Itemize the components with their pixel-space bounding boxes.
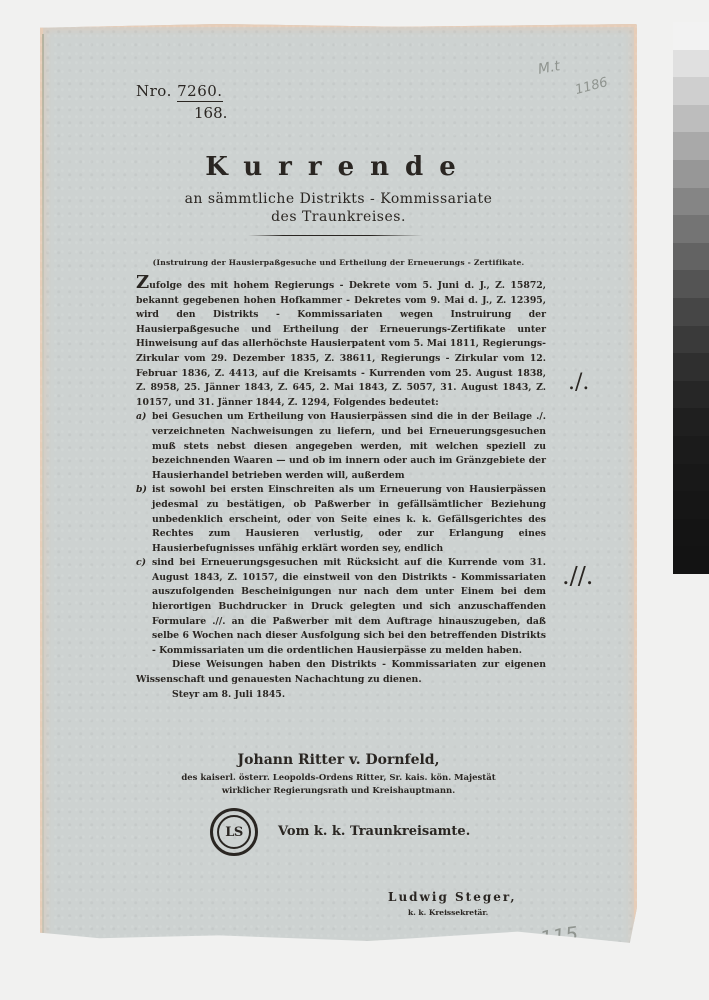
gray-patch [673,353,709,381]
gray-patch [673,50,709,78]
gray-patch [673,491,709,519]
gray-patch [673,519,709,547]
document-sub-number: 168. [194,104,227,122]
gray-patch [673,381,709,409]
list-item-a: a) bei Gesuchen um Ertheilung von Hausie… [136,410,546,483]
place-date: Steyr am 8. Juli 1845. [136,688,546,703]
document-title: Kurrende [40,152,637,182]
pencil-note-top-number: 1186 [574,75,610,98]
margin-mark-c: .//. [562,562,593,590]
pencil-note-bottom: 115 [539,921,580,950]
gray-patch [673,408,709,436]
list-item-b: b) ist sowohl bei ersten Einschreiten al… [136,483,546,556]
gray-patch [673,77,709,105]
gray-patch [673,436,709,464]
gray-patch [673,188,709,216]
seal-text: LS [217,815,251,849]
signatory-title-line-1: des kaiserl. österr. Leopolds-Ordens Rit… [40,772,637,785]
margin-mark-a: ./. [568,370,589,395]
document-sheet: M.t 1186 Nro. 7260. 168. Kurrende an säm… [40,24,637,954]
item-text: bei Gesuchen um Ertheilung von Hausierpä… [152,410,546,483]
signatory-name: Johann Ritter v. Dornfeld, [40,752,637,768]
title-divider [248,235,423,236]
gray-patch [673,243,709,271]
number-label: Nro. [136,82,172,100]
signatory-title-line-2: wirklicher Regierungsrath und Kreishaupt… [40,785,637,798]
gray-patch [673,22,709,50]
closing-paragraph: Diese Weisungen haben den Distrikts - Ko… [136,658,546,687]
gray-patch [673,160,709,188]
grayscale-calibration-strip [673,22,709,574]
gray-patch [673,326,709,354]
document-body: Zufolge des mit hohem Regierungs - Dekre… [136,276,546,702]
seal-icon: LS [210,808,258,856]
gray-patch [673,132,709,160]
issuing-office: Vom k. k. Traunkreisamte. [278,824,470,839]
document-subtitle: an sämmtliche Distrikts - Kommissariate … [40,190,637,226]
item-label: a) [136,410,152,483]
pencil-note-top: M.t [537,58,561,78]
secretary-name: Ludwig Steger, [388,890,517,904]
item-label: c) [136,556,152,658]
document-number: Nro. 7260. [136,82,223,102]
gray-patch [673,298,709,326]
gray-patch [673,546,709,574]
gray-patch [673,215,709,243]
signatory-title: des kaiserl. österr. Leopolds-Ordens Rit… [40,772,637,798]
secretary-title: k. k. Kreissekretär. [408,908,488,917]
gray-patch [673,270,709,298]
subtitle-line-2: des Traunkreises. [40,208,637,226]
gray-patch [673,105,709,133]
item-text: sind bei Erneuerungsgesuchen mit Rücksic… [152,556,546,658]
subtitle-line-1: an sämmtliche Distrikts - Kommissariate [40,190,637,208]
item-label: b) [136,483,152,556]
item-text: ist sowohl bei ersten Einschreiten als u… [152,483,546,556]
section-heading: (Instruirung der Hausierpaßgesuche und E… [40,258,637,267]
list-item-c: c) sind bei Erneuerungsgesuchen mit Rück… [136,556,546,658]
intro-paragraph: Zufolge des mit hohem Regierungs - Dekre… [136,276,546,410]
number-value: 7260. [177,82,222,102]
gray-patch [673,464,709,492]
